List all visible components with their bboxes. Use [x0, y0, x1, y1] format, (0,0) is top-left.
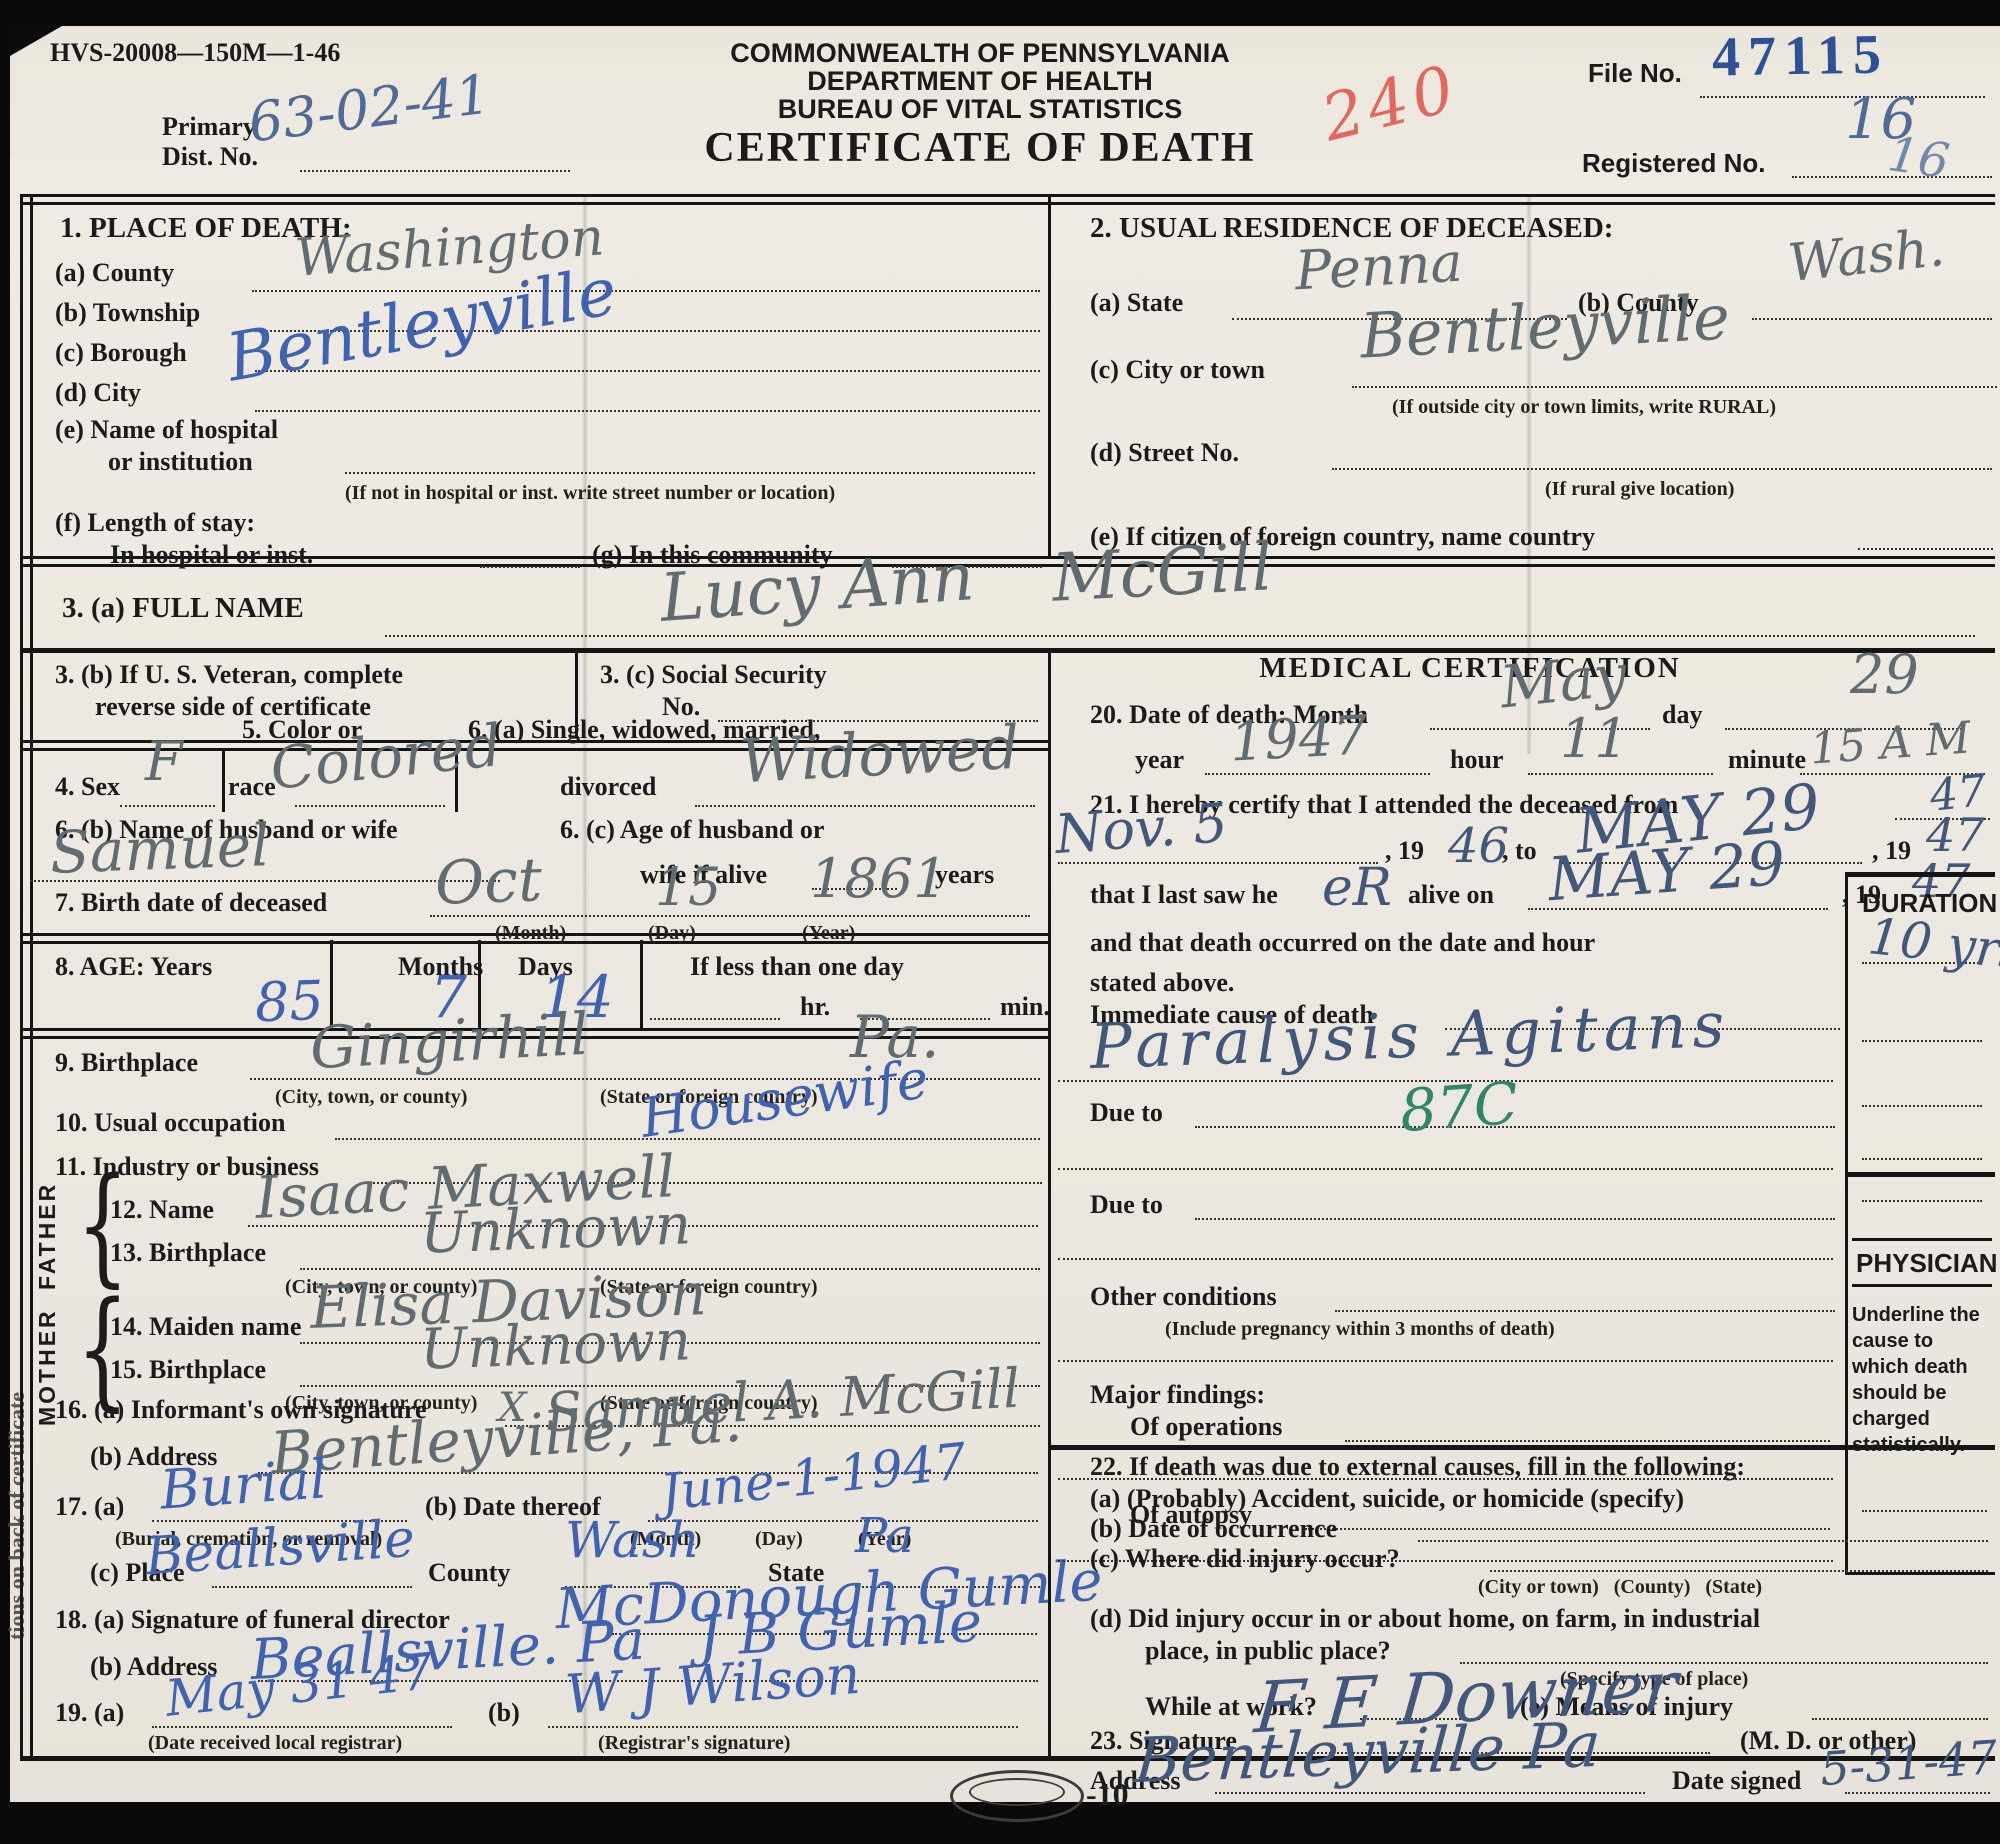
registrar-b-line [548, 1726, 1018, 1728]
residence-street-label: (d) Street No. [1090, 438, 1239, 468]
registered-no-label: Registered No. [1582, 148, 1766, 179]
residence-state-value: Penna [1294, 236, 1464, 299]
death-certificate-scan: tions on back of certificate HVS-20008—1… [0, 0, 2000, 1844]
sex-label: 4. Sex [55, 772, 120, 802]
age-divider-3 [640, 940, 643, 1028]
residence-foreign-line [1858, 548, 1993, 550]
agency-line-2: DEPARTMENT OF HEALTH [700, 66, 1260, 97]
primary-dist-line [300, 170, 570, 172]
attended-to-year: 47 [1926, 812, 1985, 858]
physician-box-line [1862, 1200, 1982, 1202]
father-side-label: FATHER [34, 1168, 61, 1290]
residence-street-caption: (If rural give location) [1545, 478, 1734, 501]
physician-rule-bottom [1852, 1284, 1992, 1287]
spouse-age-label-1: 6. (c) Age of husband or [560, 815, 824, 845]
edge-note: tions on back of certificate [4, 1392, 30, 1640]
registrar-a-line [152, 1726, 452, 1728]
attended-to-label: , to [1502, 836, 1537, 866]
father-brace: { [76, 1162, 129, 1290]
birth-month-value: Oct [434, 850, 543, 914]
external-b-label: (b) Date of occurrence [1090, 1514, 1337, 1544]
certifier-addr-value: Bentleyville Pa [1133, 1714, 1603, 1792]
ssn-label-1: 3. (c) Social Security [600, 660, 827, 690]
duration-box-bottom [1845, 1172, 1995, 1177]
registered-no-ghost: 16 [1885, 130, 1952, 186]
father-birthplace-value: Unknown [419, 1197, 692, 1262]
place-township-label: (b) Township [55, 298, 200, 328]
birth-date-label: 7. Birth date of deceased [55, 888, 327, 918]
due2-label: Due to [1090, 1190, 1163, 1220]
registrar-a-caption: (Date received local registrar) [148, 1732, 402, 1755]
mother-birthplace-value: Unknown [419, 1313, 692, 1378]
primary-dist-label: Primary [162, 112, 256, 142]
operations-line [1345, 1440, 1830, 1442]
left-border-inner [30, 194, 33, 1761]
age-less-label: If less than one day [690, 952, 904, 982]
left-border-outer [20, 194, 23, 1761]
medical-title: MEDICAL CERTIFICATION [1150, 652, 1790, 685]
stated-line: stated above. [1090, 968, 1234, 998]
duration-line-3 [1862, 1105, 1982, 1107]
due2-line-2 [1058, 1258, 1833, 1260]
external-c-label: (c) Where did injury occur? [1090, 1544, 1400, 1574]
full-name-label: 3. (a) FULL NAME [62, 592, 304, 625]
disposition-b-line [648, 1520, 1038, 1522]
death-year-line [1205, 773, 1430, 775]
page-mark: -10 [1086, 1776, 1129, 1813]
duration-line-2 [1862, 1040, 1982, 1042]
physician-rule-top [1852, 1238, 1992, 1241]
disposition-place-line [212, 1586, 412, 1588]
age-hr-label: hr. [800, 992, 830, 1022]
spouse-name-line [30, 880, 500, 882]
place-hospital-label-2: or institution [108, 447, 253, 477]
physician-label: PHYSICIAN [1856, 1248, 1998, 1279]
marital-label-2: divorced [560, 772, 656, 802]
autopsy-line [1305, 1528, 1830, 1530]
residence-state-label: (a) State [1090, 288, 1183, 318]
due2-line [1195, 1218, 1835, 1220]
saw-value: MAY 29 [1546, 834, 1787, 910]
external-d-label-1: (d) Did injury occur in or about home, o… [1090, 1604, 1760, 1634]
primary-dist-label-2: Dist. No. [162, 142, 258, 172]
death-minute-value: 15 A M [1809, 716, 1972, 771]
residence-county-value: Wash. [1786, 222, 1947, 290]
age-hr-line [650, 1018, 780, 1020]
sex-value: F [145, 735, 182, 789]
external-c-line [1490, 1570, 1988, 1572]
place-hospital-caption: (If not in hospital or inst. write stree… [345, 482, 835, 505]
place-hospital-line [345, 472, 1035, 474]
attended-from-value: Nov. 5 [1053, 796, 1229, 862]
saw-insert-value: eR [1322, 862, 1392, 914]
agency-line-1: COMMONWEALTH OF PENNSYLVANIA [700, 38, 1260, 69]
disposition-county-value: Wash [565, 1515, 700, 1565]
marital-value: Widowed [739, 718, 1021, 793]
veteran-label-1: 3. (b) If U. S. Veteran, complete [55, 660, 403, 690]
death-minute-label: minute [1728, 745, 1806, 775]
file-no-value: 47115 [1712, 26, 1890, 85]
date-signed-value: 5-31-47 [1819, 1734, 1999, 1792]
marital-line [695, 805, 1035, 807]
birth-day-value: 15 [655, 862, 721, 914]
disposition-day-caption: (Day) [755, 1528, 803, 1551]
spouse-name-value: Samuel [49, 816, 270, 882]
residence-city-line [1352, 386, 1997, 388]
disposition-a-value: Burial [158, 1452, 328, 1518]
residence-city-label: (c) City or town [1090, 355, 1265, 385]
due1-value: 87C [1398, 1074, 1520, 1140]
residence-street-line [1332, 468, 1992, 470]
duration-box-left [1845, 872, 1848, 1175]
other-conditions-line [1335, 1310, 1835, 1312]
death-month-value: May [1497, 646, 1629, 717]
residence-city-value: Bentleyville [1359, 286, 1732, 367]
death-year-label: year [1135, 745, 1184, 775]
place-hospital-label: (e) Name of hospital [55, 415, 278, 445]
place-stay-label: (f) Length of stay: [55, 508, 255, 538]
place-county-line [252, 290, 1040, 292]
physician-note: Underline the cause to which death shoul… [1852, 1302, 1992, 1458]
death-hour-label: hour [1450, 745, 1503, 775]
external-c-caption: (City or town) (County) (State) [1478, 1576, 1762, 1599]
place-county-label: (a) County [55, 258, 174, 288]
death-hour-line [1528, 773, 1713, 775]
mother-birthplace-label: 15. Birthplace [110, 1355, 266, 1385]
birth-month-caption: (Month) [495, 922, 566, 945]
union-printing-seal-icon [950, 1770, 1084, 1822]
major-findings-label: Major findings: [1090, 1380, 1265, 1410]
place-city-line [255, 410, 1040, 412]
attended-from-year: 46 [1448, 822, 1509, 870]
header-rule [22, 194, 1995, 205]
saw-line-a: that I last saw he [1090, 880, 1278, 910]
registrar-b-label: (b) [488, 1698, 520, 1728]
external-a-label: (a) (Probably) Accident, suicide, or hom… [1090, 1484, 1684, 1514]
bottom-rule [22, 1756, 1995, 1761]
duration-box-top [1845, 872, 1995, 877]
physician-box-bottom [1845, 1572, 1995, 1575]
birthplace-label: 9. Birthplace [55, 1048, 198, 1078]
due1-line-2 [1058, 1168, 1833, 1170]
age-label: 8. AGE: Years [55, 952, 212, 982]
race-line [295, 805, 445, 807]
disposition-state-value: Pa [855, 1512, 914, 1560]
death-day-label: day [1662, 700, 1702, 730]
external-e-line [1812, 1718, 1988, 1720]
operations-label: Of operations [1130, 1412, 1282, 1442]
date-signed-label: Date signed [1672, 1766, 1801, 1796]
birthplace-city-value: Gingirhill [309, 1005, 590, 1078]
father-name-label: 12. Name [110, 1195, 214, 1225]
occurred-line: and that death occurred on the date and … [1090, 928, 1595, 958]
birth-year-caption: (Year) [802, 922, 855, 945]
father-birthplace-label: 13. Birthplace [110, 1238, 266, 1268]
death-year-value: 1947 [1229, 708, 1369, 769]
other-conditions-caption: (Include pregnancy within 3 months of de… [1165, 1318, 1555, 1341]
registrar-b-caption: (Registrar's signature) [598, 1732, 790, 1755]
external-a-line [1862, 1510, 1987, 1512]
file-no-line [1700, 96, 1985, 98]
disposition-county-label: County [428, 1558, 510, 1588]
age-min-label: min. [1000, 992, 1050, 1022]
other-conditions-line-2 [1058, 1360, 1833, 1362]
place-stay-line [480, 566, 580, 568]
race-label-2: race [228, 772, 276, 802]
duration-line-4 [1862, 1158, 1982, 1160]
disposition-a-label: 17. (a) [55, 1492, 124, 1522]
place-stay-sub-label: In hospital or inst. [110, 540, 313, 570]
full-name-last: McGill [1050, 534, 1274, 611]
column-divider-top [1048, 196, 1051, 556]
residence-county-line [1752, 318, 1992, 320]
file-no-label: File No. [1588, 58, 1682, 89]
saw-line-b: alive on [1408, 880, 1494, 910]
death-day-value: 29 [1850, 648, 1919, 702]
registrar-a-label: 19. (a) [55, 1698, 124, 1728]
certifier-addr-line [1215, 1792, 1645, 1794]
occupation-label: 10. Usual occupation [55, 1108, 285, 1138]
full-name-line [385, 635, 1975, 637]
sex-line [120, 805, 215, 807]
birthplace-city-caption: (City, town, or county) [275, 1086, 467, 1109]
sex-race-divider [222, 750, 225, 812]
external-b-line [1418, 1540, 1988, 1542]
other-conditions-label: Other conditions [1090, 1282, 1277, 1312]
mother-name-label: 14. Maiden name [110, 1312, 301, 1342]
birth-year-value: 1861 [810, 852, 947, 906]
residence-city-caption: (If outside city or town limits, write R… [1392, 396, 1776, 419]
year-prefix-2: , 19 [1872, 836, 1911, 866]
form-number: HVS-20008—150M—1-46 [50, 38, 340, 68]
external-heading: 22. If death was due to external causes,… [1090, 1452, 1745, 1482]
place-borough-label: (c) Borough [55, 338, 187, 368]
page-title: CERTIFICATE OF DEATH [700, 124, 1260, 172]
place-city-label: (d) City [55, 378, 141, 408]
due1-label: Due to [1090, 1098, 1163, 1128]
death-hour-value: 11 [1560, 712, 1629, 766]
agency-line-3: BUREAU OF VITAL STATISTICS [700, 94, 1260, 125]
birth-day-caption: (Day) [648, 922, 696, 945]
physician-box-left [1845, 1175, 1848, 1575]
